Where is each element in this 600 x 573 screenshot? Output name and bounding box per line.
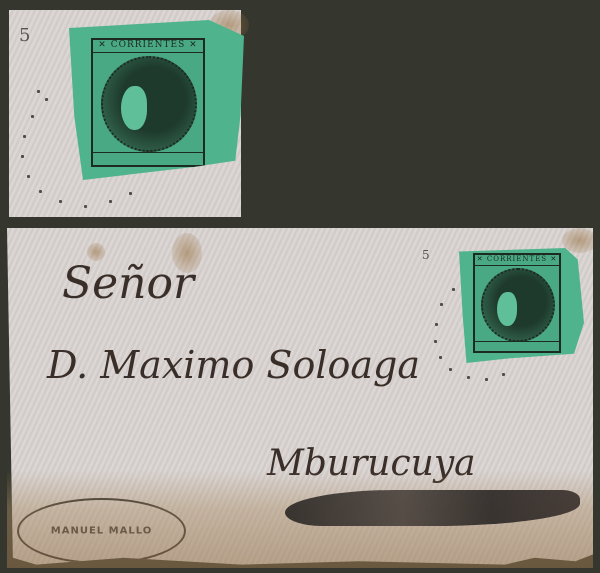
inset-photo: 5 ✕ CORRIENTES ✕ — [9, 10, 241, 217]
foxing-stain — [562, 228, 597, 253]
stamp-inset: ✕ CORRIENTES ✕ — [69, 20, 244, 180]
ceres-portrait-icon — [121, 86, 147, 130]
address-line-name: D. Maximo Soloaga — [47, 343, 420, 387]
pencil-mark: 5 — [19, 25, 30, 46]
corner-mark-icon: ✕ — [98, 40, 107, 50]
ceres-portrait-icon — [497, 292, 517, 326]
stamp-frame: ✕ CORRIENTES ✕ — [473, 253, 561, 353]
sender-seal: MANUEL MALLO — [17, 498, 186, 564]
stamp-header: ✕ CORRIENTES ✕ — [475, 255, 559, 266]
stamp-header-text: CORRIENTES — [111, 40, 186, 50]
corner-mark-icon: ✕ — [477, 255, 484, 263]
corner-mark-icon: ✕ — [550, 255, 557, 263]
stamp-frame: ✕ CORRIENTES ✕ — [91, 38, 205, 167]
stamp-header: ✕ CORRIENTES ✕ — [93, 40, 203, 53]
stamp-cover: ✕ CORRIENTES ✕ — [459, 248, 584, 363]
stamp-portrait-oval — [481, 268, 555, 342]
address-line-town: Mburucuya — [267, 443, 476, 484]
stamp-value-bar — [93, 152, 203, 165]
address-line-salutation: Señor — [62, 258, 194, 309]
corner-mark-icon: ✕ — [189, 40, 198, 50]
sender-seal-text: MANUEL MALLO — [19, 526, 184, 537]
stamp-value-bar — [475, 341, 559, 351]
stamp-portrait-oval — [101, 56, 197, 152]
pencil-mark: 5 — [422, 248, 430, 262]
stamp-header-text: CORRIENTES — [487, 255, 547, 263]
